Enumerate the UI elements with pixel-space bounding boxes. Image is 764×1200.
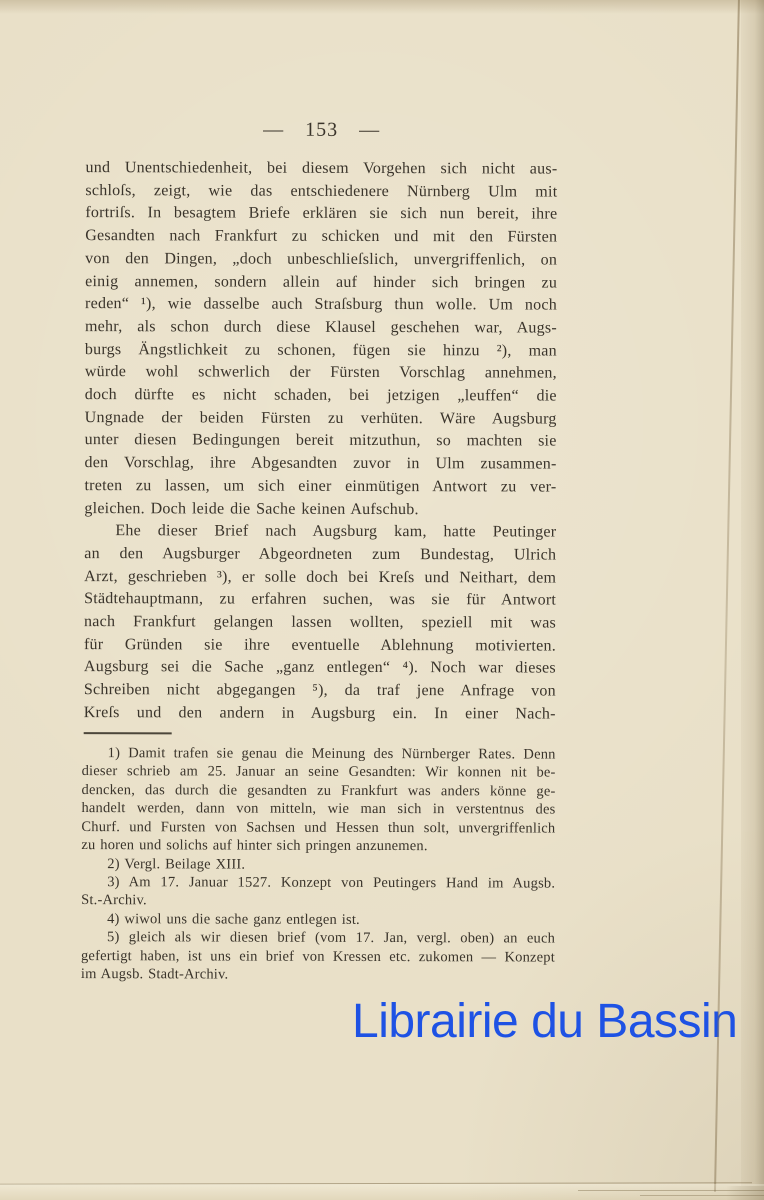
text-line: dencken, das durch die gesandten zu Fran… [81, 781, 555, 801]
text-line: Ehe dieser Brief nach Augsburg kam, hatt… [84, 520, 556, 544]
text-line: Ungnade der beiden Fürsten zu verhüten. … [85, 407, 557, 431]
footnote: 5) gleich als wir diesen brief (vom 17. … [81, 928, 555, 985]
text-line: reden“ ¹), wie dasselbe auch Straſsburg … [85, 293, 557, 317]
text-line: Augsburg sei die Sache „ganz entlegen“ ⁴… [84, 657, 556, 681]
text-line: schloſs, zeigt, wie das entschiedenere N… [85, 180, 557, 204]
text-line: handelt werden, dann von mitteln, wie ma… [81, 799, 555, 819]
text-line: zu horen und solichs auf hinter sich pri… [81, 836, 555, 856]
footnote: 4) wiwol uns die sache ganz entlegen ist… [81, 910, 555, 930]
text-line: nach Frankfurt gelangen lassen wollten, … [84, 611, 556, 635]
pagination-dash-left: — [263, 119, 284, 142]
text-line: an den Augsburger Abgeordneten zum Bunde… [84, 543, 556, 567]
page-body-text: und Unentschiedenheit, bei diesem Vorgeh… [84, 157, 558, 726]
page-edge-right-shadow [741, 0, 764, 1186]
text-line: von den Dingen, „doch unbeschlieſslich, … [85, 248, 557, 272]
text-line: dieser schrieb am 25. Januar an seine Ge… [82, 762, 556, 782]
text-line: mehr, als schon durch diese Klausel gesc… [85, 316, 557, 340]
paragraph: Ehe dieser Brief nach Augsburg kam, hatt… [84, 520, 557, 726]
scanned-book-page: — 153 — und Unentschiedenheit, bei diese… [0, 0, 764, 1200]
text-line: 4) wiwol uns die sache ganz entlegen ist… [81, 910, 555, 930]
footnote-separator [84, 732, 172, 734]
text-line: im Augsb. Stadt-Archiv. [81, 965, 555, 985]
top-edge-shadow [0, 0, 764, 14]
text-line: doch dürfte es nicht schaden, bei jetzig… [85, 384, 557, 408]
text-line: 3) Am 17. Januar 1527. Konzept von Peuti… [81, 873, 555, 893]
text-line: 5) gleich als wir diesen brief (vom 17. … [81, 928, 555, 948]
text-line: Schreiben nicht abgegangen ⁵), da traf j… [84, 679, 556, 703]
footnote: 3) Am 17. Januar 1527. Konzept von Peuti… [81, 873, 555, 911]
page-number-row: — 153 — [86, 118, 558, 142]
text-line: für Gründen sie ihre eventuelle Ablehnun… [84, 634, 556, 658]
text-line: St.-Archiv. [81, 891, 555, 911]
text-line: gefertigt haben, ist uns ein brief von K… [81, 947, 555, 967]
paragraph: und Unentschiedenheit, bei diesem Vorgeh… [84, 157, 557, 522]
text-line: Gesandten nach Frankfurt zu schicken und… [85, 225, 557, 249]
footnotes-section: 1) Damit trafen sie genau die Meinung de… [81, 744, 556, 985]
bookseller-watermark: Librairie du Bassin [352, 998, 737, 1046]
text-line: treten zu lassen, um sich einer einmütig… [84, 475, 556, 499]
footnote: 1) Damit trafen sie genau die Meinung de… [81, 744, 555, 856]
text-line: gleichen. Doch leide die Sache keinen Au… [84, 498, 556, 522]
text-line: fortriſs. In besagtem Briefe erklären si… [85, 202, 557, 226]
footnote: 2) Vergl. Beilage XIII. [81, 855, 555, 875]
page-number: 153 [305, 119, 338, 142]
text-line: unter diesen Bedingungen bereit mitzuthu… [85, 430, 557, 454]
text-line: Städtehauptmann, zu erfahren suchen, was… [84, 588, 556, 612]
underlying-page-strip [0, 1184, 764, 1200]
text-line: und Unentschiedenheit, bei diesem Vorgeh… [85, 157, 557, 181]
text-line: 1) Damit trafen sie genau die Meinung de… [82, 744, 556, 764]
text-line: Churf. und Fursten von Sachsen und Hesse… [81, 818, 555, 838]
text-line: einig annemen, sondern allein auf hinder… [85, 271, 557, 295]
bottom-right-corner-shadow [726, 1186, 764, 1200]
text-line: burgs Ängstlichkeit zu schonen, fügen si… [85, 339, 557, 363]
text-line: 2) Vergl. Beilage XIII. [81, 855, 555, 875]
text-line: würde wohl schwerlich der Fürsten Vorsch… [85, 361, 557, 385]
text-line: Arzt, geschrieben ³), er solle doch bei … [84, 566, 556, 590]
text-line: Kreſs und den andern in Augsburg ein. In… [84, 702, 556, 726]
text-line: den Vorschlag, ihre Abgesandten zuvor in… [85, 452, 557, 476]
pagination-dash-right: — [359, 119, 380, 142]
